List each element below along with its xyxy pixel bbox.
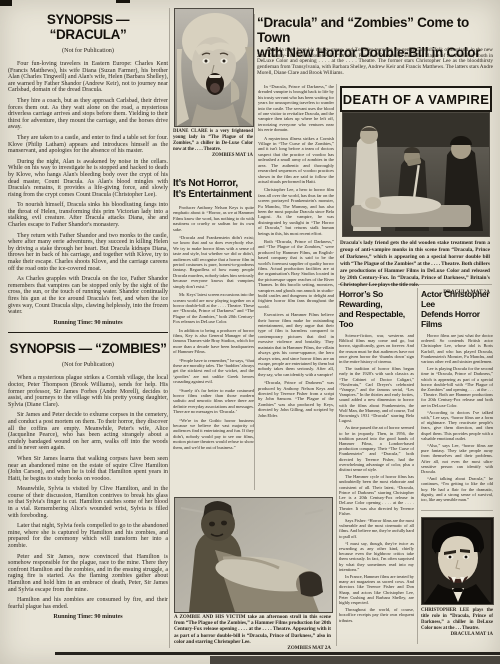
zombies-running-time: Running Time: 90 minutes bbox=[8, 614, 168, 620]
christopher-lee-caption: CHRISTOPHER LEE plays the title role in … bbox=[421, 608, 493, 638]
paragraph: Throughout the world, of course, boxoffi… bbox=[339, 607, 414, 623]
paragraph: “According to doctors I've talked with,”… bbox=[421, 410, 493, 441]
paragraph: “And talking about Dracula,” he continue… bbox=[421, 476, 493, 502]
paragraph: “I must say, though, they're twice as re… bbox=[339, 541, 414, 572]
dracula-synopsis-text: Four fun-loving travelers in Eastern Eur… bbox=[8, 61, 168, 316]
diane-clare-caption: DIANE CLARE is a very frightened young l… bbox=[173, 129, 253, 159]
caption-lead: CHRISTOPHER LEE bbox=[421, 608, 469, 613]
paragraph: A mysterious illness strikes a Cornish V… bbox=[258, 136, 334, 185]
paragraph: The tradition of horror films began earl… bbox=[339, 366, 414, 423]
scan-mark-top-left bbox=[0, 0, 12, 6]
paragraph: Producer Anthony Nelson Keys is quite em… bbox=[173, 205, 254, 232]
caption-lead: A ZOMBIE AND HIS VICTIM bbox=[174, 614, 246, 620]
paragraph: They return with Father Shandor and two … bbox=[8, 233, 168, 273]
zombies-synopsis-title: SYNOPSIS — “ZOMBIES” bbox=[8, 341, 168, 356]
paragraph: Christopher Lee, a hero to horror film f… bbox=[258, 187, 334, 236]
rewarding-article: Horror’s So Rewarding, and Respectable, … bbox=[339, 289, 414, 645]
paragraph: “Dracula and Frankenstein didn't exist; … bbox=[173, 235, 254, 289]
diane-clare-photo-art bbox=[175, 9, 253, 126]
paragraph: “We're in the Gothic horror business bec… bbox=[173, 418, 254, 450]
paragraph: When a mysterious plague strikes a Corni… bbox=[8, 375, 168, 408]
paragraph: Executives at Hammer Films believe their… bbox=[258, 312, 334, 377]
paragraph: The Hammer cycle of horror films has und… bbox=[339, 474, 414, 516]
paragraph: During the night, Alan is awakened by no… bbox=[8, 159, 168, 199]
paragraph: Science-fiction, war, westerns and Bibli… bbox=[339, 333, 414, 364]
paragraph: “Surely it's far better to make costumed… bbox=[173, 388, 254, 415]
feature-lead: Dracula rises from his murky grave, and … bbox=[257, 48, 493, 77]
lee-article-title-line1: Actor Christopher Lee bbox=[421, 289, 493, 309]
scan-mark-top bbox=[116, 0, 130, 3]
paragraph: “Dracula, Prince of Darkness” was produc… bbox=[258, 380, 334, 418]
synopsis-column: SYNOPSIS — “DRACULA” (Not for Publicatio… bbox=[8, 12, 168, 648]
paragraph: As time passed the art of horror seemed … bbox=[339, 425, 414, 472]
paragraph: They hire a coach, but as they approach … bbox=[8, 98, 168, 131]
paragraph: Sir James and Peter decide to exhume cor… bbox=[8, 412, 168, 452]
pressbook-page: SYNOPSIS — “DRACULA” (Not for Publicatio… bbox=[0, 0, 500, 664]
not-horror-title-line2: It’s Entertainment bbox=[173, 189, 254, 200]
synopsis-separator-rule bbox=[8, 332, 168, 334]
scan-bar-bottom-thin bbox=[55, 652, 500, 655]
death-of-a-vampire-box-title: DEATH OF A VAMPIRE bbox=[340, 86, 492, 112]
vampire-staking-caption: Dracula's lady friend gets the old woode… bbox=[340, 240, 490, 296]
paragraph: In France, Hammer films are treated by m… bbox=[339, 574, 414, 605]
paragraph: Meanwhile, Sylvia is visited by Clive Ha… bbox=[8, 486, 168, 519]
rewarding-text: Science-fiction, war, westerns and Bibli… bbox=[339, 333, 414, 623]
caption-text: Dracula's lady friend gets the old woode… bbox=[340, 240, 490, 288]
feature-body-column: In “Dracula, Prince of Darkness,” the dr… bbox=[258, 84, 334, 490]
rewarding-title-line1: Horror’s So Rewarding, bbox=[339, 289, 414, 309]
diane-clare-photo bbox=[174, 8, 254, 127]
lee-article-text: Horror films are just what the doctor or… bbox=[421, 333, 493, 502]
paragraph: “People have to remember,” he says, “tha… bbox=[173, 358, 254, 385]
vampire-staking-photo-art bbox=[343, 113, 489, 236]
rewarding-title-line2: and Respectable, Too bbox=[339, 309, 414, 329]
column-divider bbox=[336, 84, 337, 646]
zombies-synopsis-text: When a mysterious plague strikes a Corni… bbox=[8, 375, 168, 610]
dracula-running-time: Running Time: 90 minutes bbox=[8, 320, 168, 326]
paragraph: Peter and Sir James, now convinced that … bbox=[8, 554, 168, 594]
paragraph: Both “Dracula, Prince of Darkness,” and … bbox=[258, 239, 334, 309]
not-horror-article: It’s Not Horror, It’s Entertainment Prod… bbox=[173, 178, 254, 493]
scan-bar-bottom bbox=[210, 656, 500, 664]
zombie-victim-photo-art bbox=[175, 498, 332, 612]
paragraph: Four fun-loving travelers in Eastern Eur… bbox=[8, 61, 168, 94]
dracula-synopsis-title: SYNOPSIS — “DRACULA” bbox=[8, 12, 168, 42]
column-divider bbox=[417, 288, 418, 644]
vampire-staking-photo bbox=[342, 112, 490, 237]
zombie-victim-photo bbox=[174, 497, 333, 613]
paragraph: Horror films are just what the doctor or… bbox=[421, 333, 493, 364]
lee-article: Actor Christopher Lee Defends Horror Fil… bbox=[421, 289, 493, 507]
christopher-lee-photo bbox=[421, 517, 494, 605]
paragraph: When Sir James learns that walking corps… bbox=[8, 456, 168, 482]
mat-number: DRACULA MAT 1A bbox=[421, 632, 493, 638]
mat-number: ZOMBIES MAT 2A bbox=[174, 645, 331, 651]
paragraph: Mr. Keys' latest screen excursions into … bbox=[173, 292, 254, 324]
paragraph: In addition to being a producer of horro… bbox=[173, 328, 254, 355]
paragraph: Says Fisher: “Horror films are the most … bbox=[339, 518, 414, 539]
feature-headline-line1: “Dracula” and “Zombies” Come to Town bbox=[257, 15, 495, 45]
zombie-victim-caption: A ZOMBIE AND HIS VICTIM take an afternoo… bbox=[174, 614, 331, 651]
lee-section-rule bbox=[421, 510, 493, 511]
lee-article-title-line2: Defends Horror Films bbox=[421, 309, 493, 329]
paragraph: “Also,” says Lee, “horror films are pure… bbox=[421, 443, 493, 474]
paragraph: In “Dracula, Prince of Darkness,” the dr… bbox=[258, 84, 334, 133]
not-horror-text: Producer Anthony Nelson Keys is quite em… bbox=[173, 205, 254, 450]
paragraph: Later that night, Sylvia feels compelled… bbox=[8, 523, 168, 549]
paragraph: Hamilton and his zombies are consumed by… bbox=[8, 597, 168, 610]
column-divider bbox=[169, 8, 170, 648]
not-for-publication-note: (Not for Publication) bbox=[8, 47, 168, 54]
paragraph: As Charles grapples with Dracula on the … bbox=[8, 276, 168, 316]
mat-number: ZOMBIES MAT 1A bbox=[173, 153, 253, 159]
caption-lead: DIANE CLARE bbox=[173, 129, 208, 134]
not-for-publication-note: (Not for Publication) bbox=[8, 361, 168, 368]
paragraph: To nourish himself, Dracula sinks his bl… bbox=[8, 202, 168, 228]
not-horror-title-line1: It’s Not Horror, bbox=[173, 178, 254, 189]
paragraph: Lee is playing Dracula for the second ti… bbox=[421, 366, 493, 408]
christopher-lee-photo-art bbox=[422, 518, 493, 604]
column-divider bbox=[254, 14, 255, 490]
paragraph: They are taken to a castle, and enter to… bbox=[8, 135, 168, 155]
